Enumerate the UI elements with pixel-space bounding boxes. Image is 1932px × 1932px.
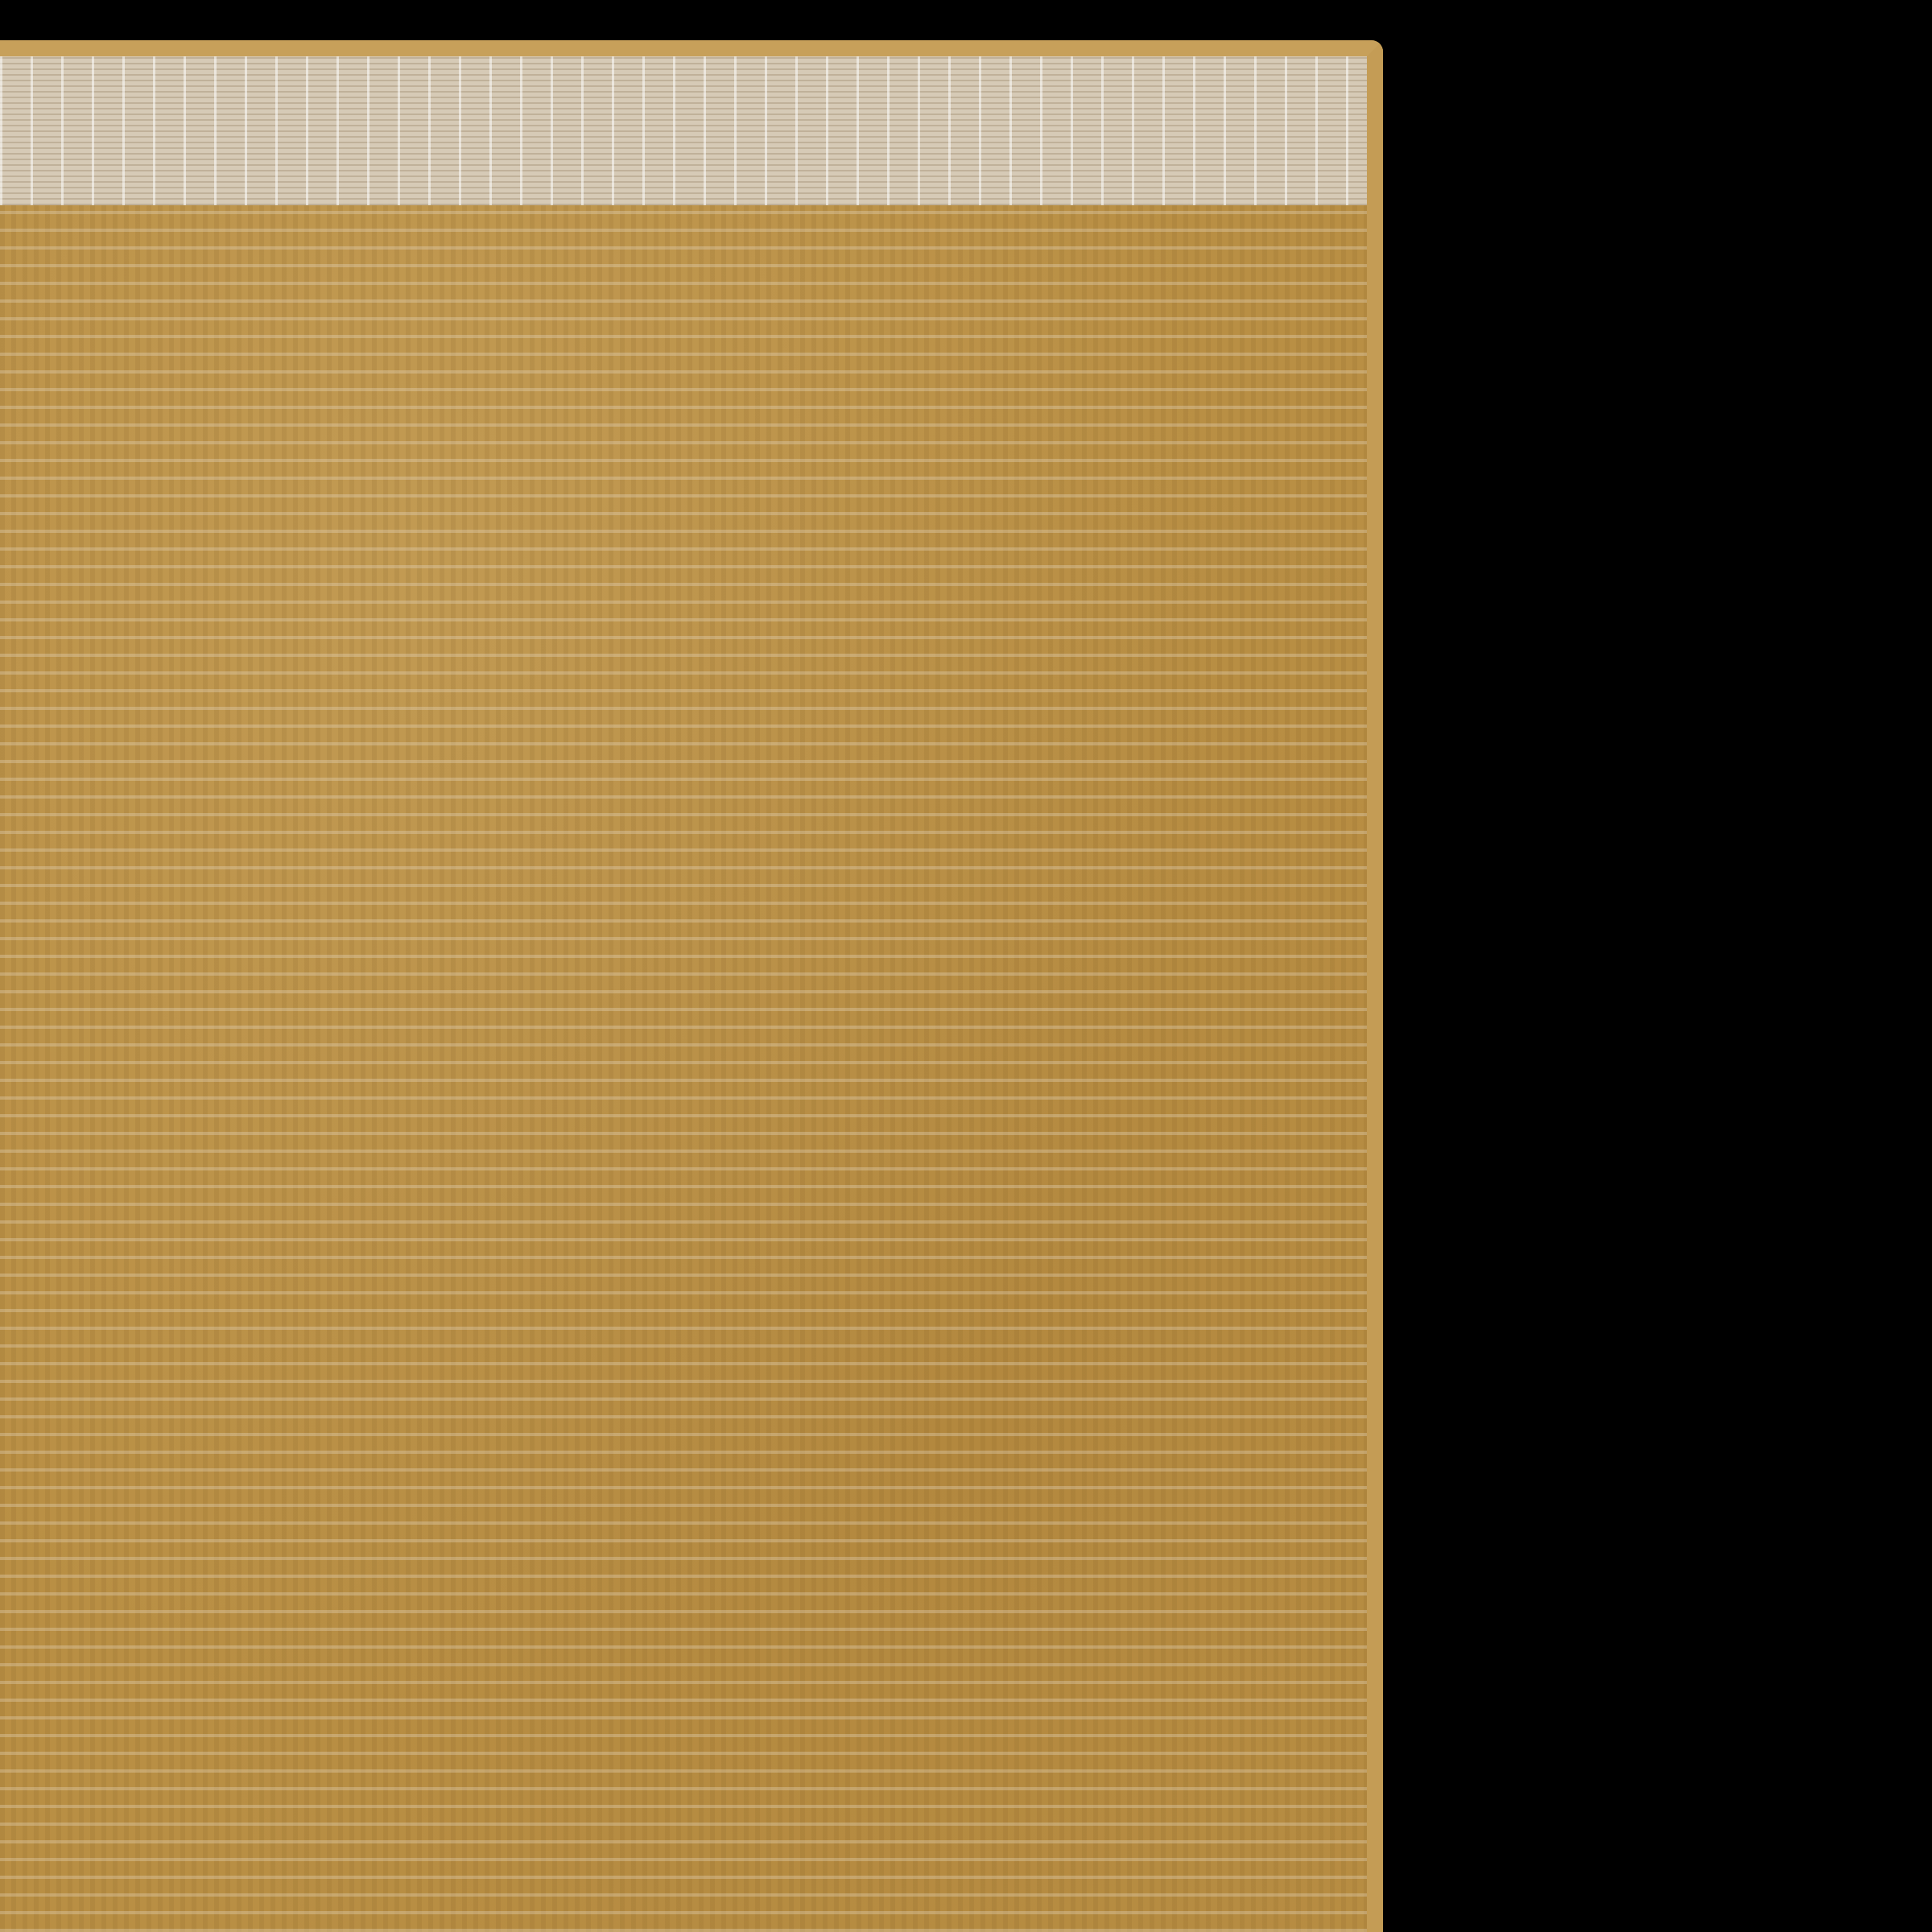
rug-pile-field xyxy=(0,205,1367,1932)
kilim-end-band xyxy=(0,56,1367,205)
rug-photo xyxy=(0,40,1383,1932)
